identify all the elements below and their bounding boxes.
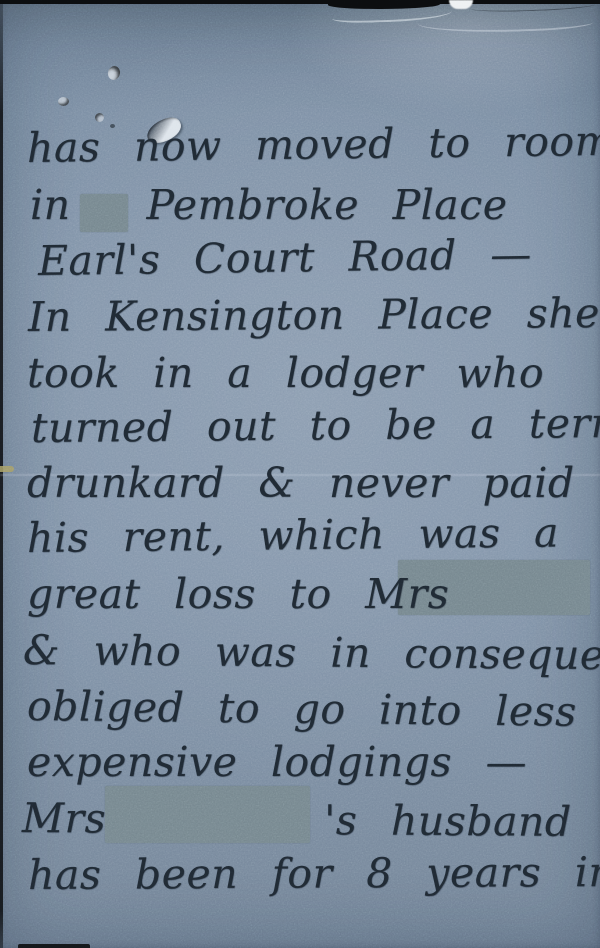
handwriting-text: has now moved to rooms [27,117,600,172]
letter-line-14: has been for 8 years in [28,848,600,899]
handwriting-text: expensive lodgings — [27,738,527,786]
handwriting-text: In Kensington Place she [28,289,600,341]
handwriting-text: Earl's Court Road — [38,230,532,285]
handwriting-text: 's husband [324,796,572,846]
letter-line-5: took in a lodger who [27,349,544,397]
letter-line-4: In Kensington Place she [28,289,600,341]
paper-dent [106,65,121,82]
handwriting-text: has been for 8 years in [28,848,600,899]
paper-dent [95,113,104,122]
page-bottom-notch [18,944,90,948]
letter-line-6: turned out to be a terrible [31,398,600,452]
letter-line-1: has now moved to rooms [27,117,600,172]
handwriting-text: great loss to Mrs [27,570,449,618]
handwriting-text: Mrs [22,794,106,843]
handwriting-text: took in a lodger who [27,349,544,397]
handwriting-text: Pembroke Place [147,181,508,229]
handwriting-text: & who was in consequence [23,626,600,680]
letter-line-7: drunkard & never paid [27,459,575,507]
letter-page: has now moved to rooms inPembroke Place … [0,0,600,948]
letter-line-10: & who was in consequence [23,626,600,680]
paper-edge-mark [0,466,14,472]
handwriting-text: turned out to be a terrible [31,398,600,452]
handwriting-text: his rent, which was a [27,508,559,562]
letter-line-2: inPembroke Place [30,181,507,229]
letter-line-3: Earl's Court Road — [38,230,532,285]
letter-line-8: his rent, which was a [27,508,559,562]
letter-line-13: Mrs's husband [22,794,572,846]
handwriting-text: drunkard & never paid [27,459,575,507]
letter-line-11: obliged to go into less [27,682,577,736]
paper-dent [58,97,69,106]
letter-line-12: expensive lodgings — [27,738,527,786]
letter-line-9: great loss to Mrs [27,570,449,618]
handwriting-text: obliged to go into less [27,682,577,736]
handwriting-text: in [30,181,71,229]
